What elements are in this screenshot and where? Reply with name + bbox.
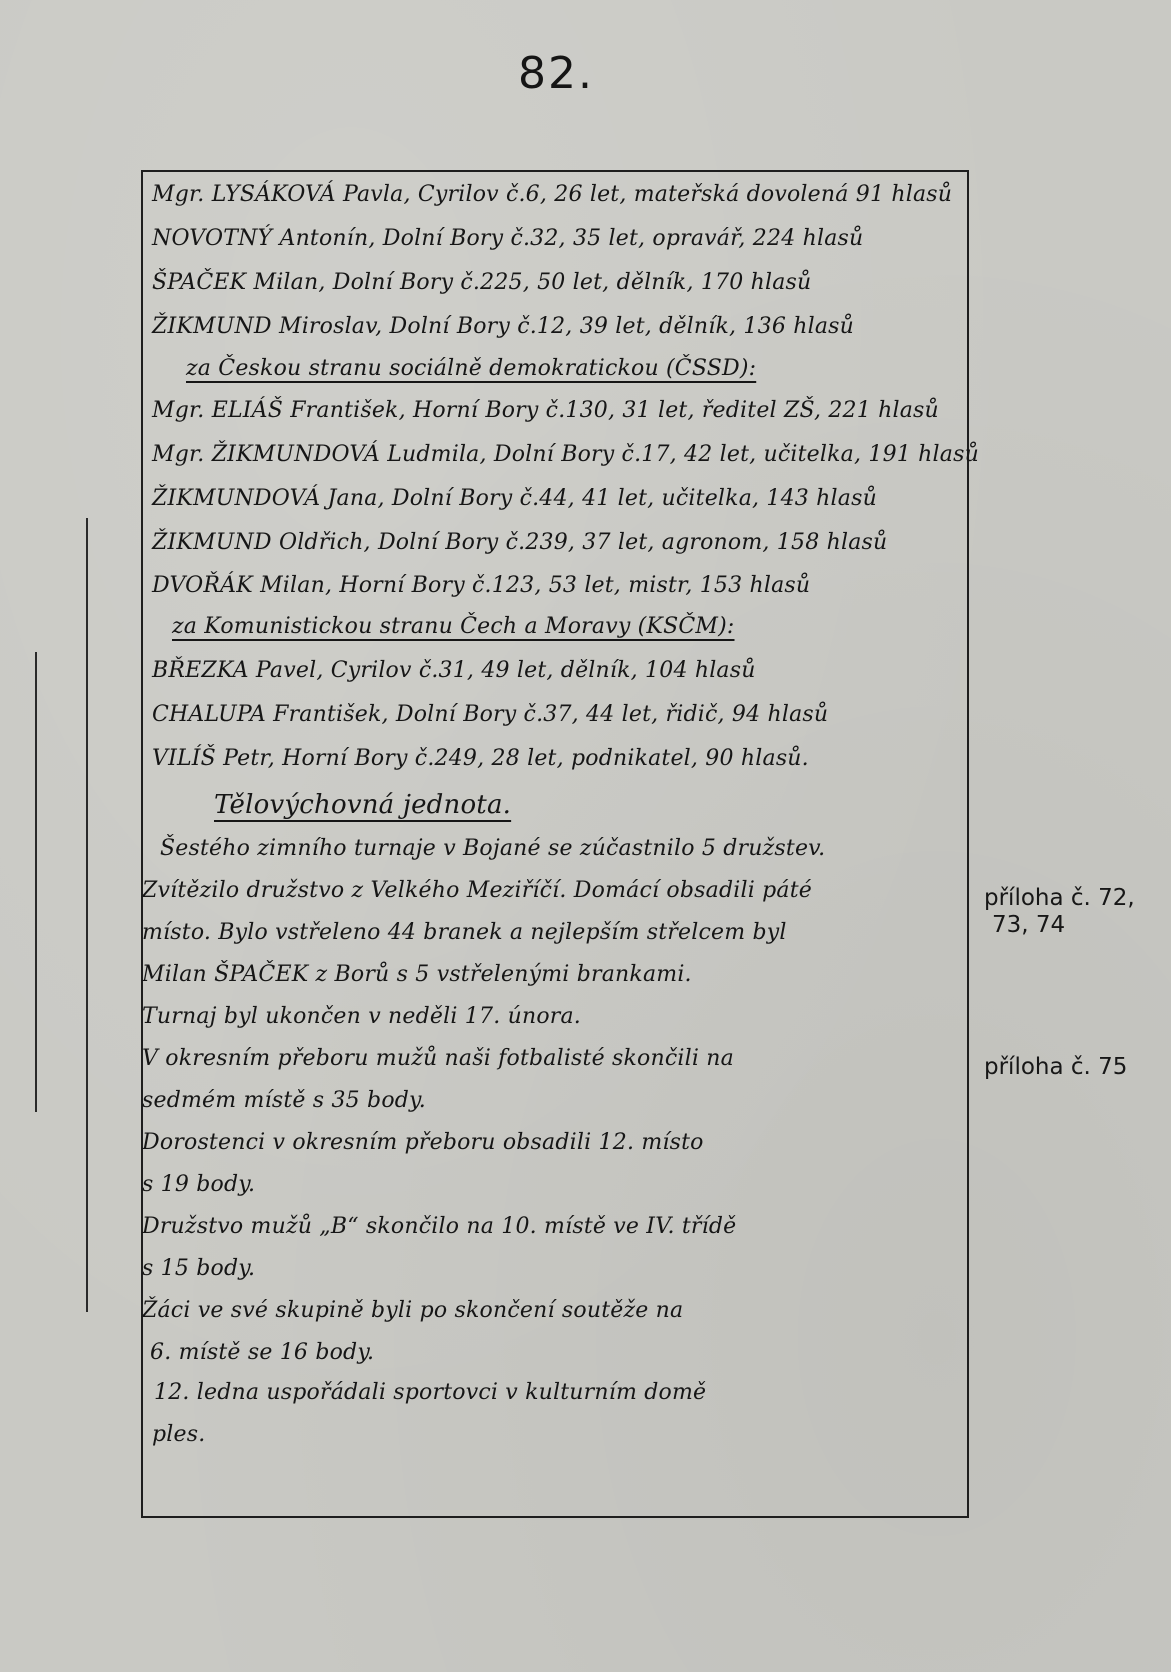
sports-text-line: Zvítězilo družstvo z Velkého Meziříčí. D… [142, 878, 812, 903]
sports-text-line: místo. Bylo vstřeleno 44 branek a nejlep… [142, 920, 787, 945]
sports-text-line: 12. ledna uspořádali sportovci v kulturn… [154, 1380, 706, 1405]
margin-note-attachment-cont: 73, 74 [992, 912, 1065, 938]
candidate-entry: ŽIKMUNDOVÁ Jana, Dolní Bory č.44, 41 let… [152, 486, 877, 511]
candidate-entry: NOVOTNÝ Antonín, Dolní Bory č.32, 35 let… [152, 226, 863, 251]
candidate-entry: ŽIKMUND Miroslav, Dolní Bory č.12, 39 le… [152, 314, 854, 339]
candidate-entry: Mgr. LYSÁKOVÁ Pavla, Cyrilov č.6, 26 let… [152, 182, 952, 207]
margin-note-attachment: příloha č. 75 [984, 1054, 1127, 1080]
sports-text-line: Turnaj byl ukončen v neděli 17. února. [142, 1004, 581, 1029]
sports-text-line: Družstvo mužů „B“ skončilo na 10. místě … [142, 1214, 736, 1239]
margin-rule-outer [35, 652, 37, 1112]
section-title-sports: Tělovýchovná jednota. [214, 790, 511, 820]
sports-text-line: sedmém místě s 35 body. [142, 1088, 426, 1113]
sports-text-line: V okresním přeboru mužů naši fotbalisté … [142, 1046, 734, 1071]
candidate-entry: ŠPAČEK Milan, Dolní Bory č.225, 50 let, … [152, 270, 811, 295]
sports-text-line: Žáci ve své skupině byli po skončení sou… [142, 1298, 683, 1323]
margin-rule-inner [86, 518, 88, 1312]
sports-text-line: ples. [152, 1422, 205, 1447]
sports-text-line: s 15 body. [142, 1256, 255, 1281]
party-heading-cssd: za Českou stranu sociálně demokratickou … [186, 356, 756, 381]
candidate-entry: ŽIKMUND Oldřich, Dolní Bory č.239, 37 le… [152, 530, 887, 555]
sports-text-line: 6. místě se 16 body. [150, 1340, 374, 1365]
candidate-entry: Mgr. ELIÁŠ František, Horní Bory č.130, … [152, 398, 939, 423]
sports-text-line: Dorostenci v okresním přeboru obsadili 1… [142, 1130, 704, 1155]
candidate-entry: Mgr. ŽIKMUNDOVÁ Ludmila, Dolní Bory č.17… [152, 442, 979, 467]
sports-text-line: s 19 body. [142, 1172, 255, 1197]
sports-text-line: Milan ŠPAČEK z Borů s 5 vstřelenými bran… [142, 962, 692, 987]
page-number: 82. [518, 48, 594, 99]
party-heading-kscm: za Komunistickou stranu Čech a Moravy (K… [172, 614, 735, 639]
margin-note-attachment: příloha č. 72, [984, 885, 1135, 911]
candidate-entry: CHALUPA František, Dolní Bory č.37, 44 l… [152, 702, 828, 727]
candidate-entry: DVOŘÁK Milan, Horní Bory č.123, 53 let, … [152, 573, 810, 598]
candidate-entry: BŘEZKA Pavel, Cyrilov č.31, 49 let, děln… [152, 658, 756, 683]
candidate-entry: VILÍŠ Petr, Horní Bory č.249, 28 let, po… [152, 746, 809, 771]
sports-text-line: Šestého zimního turnaje v Bojané se zúča… [160, 836, 825, 861]
